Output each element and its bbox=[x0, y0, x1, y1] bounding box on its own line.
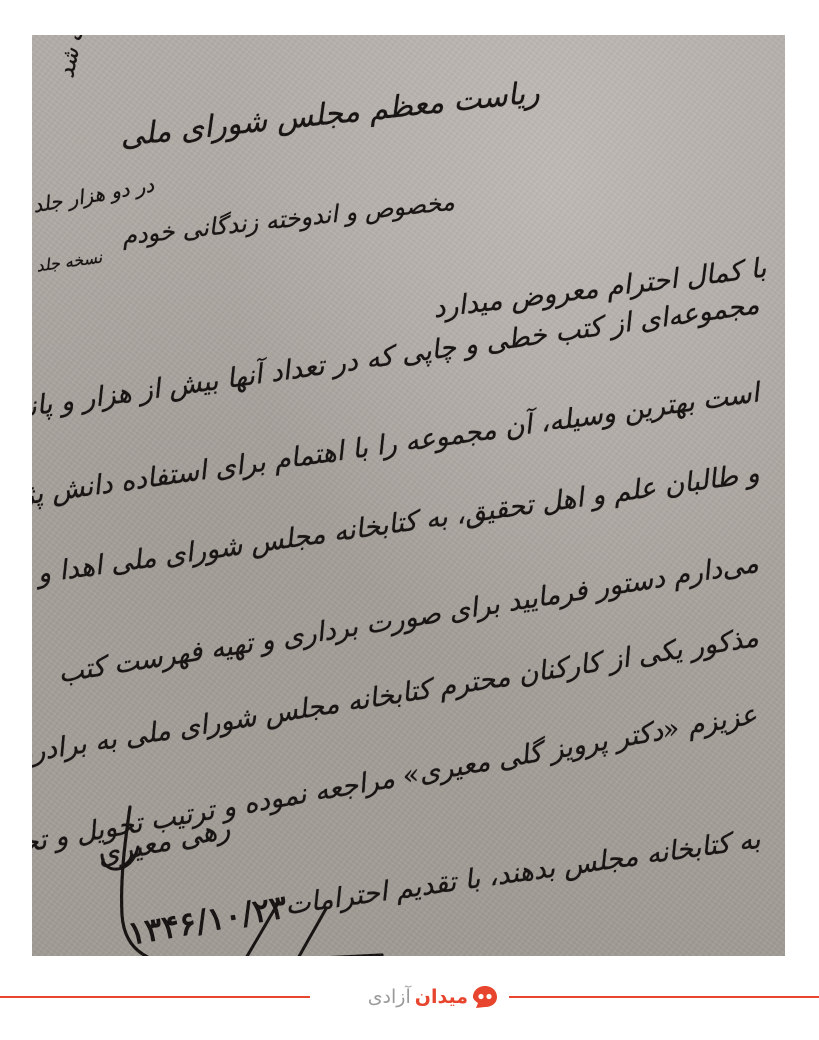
letter-date: ۱۳۴۶/۱۰/۲۳ bbox=[125, 887, 290, 952]
margin-note: نسخه جلد bbox=[35, 248, 103, 275]
brand-name-secondary: آزادی bbox=[368, 984, 411, 1010]
brand-name-primary: میدان bbox=[415, 984, 468, 1010]
chat-bubble-icon bbox=[472, 985, 498, 1009]
footer: میدان آزادی bbox=[0, 984, 819, 1010]
letter-subject: مخصوص و اندوخته زندگانی خودم bbox=[120, 188, 455, 251]
letter-photo: ریاست معظم مجلس شورای ملی ثبت شد مخصوص و… bbox=[32, 35, 785, 956]
letter-salutation: ریاست معظم مجلس شورای ملی bbox=[118, 75, 541, 154]
letter-subject-continued: در دو هزار جلد bbox=[32, 173, 156, 218]
letter-line: به کتابخانه مجلس بدهند، با تقدیم احتراما… bbox=[284, 824, 763, 921]
footer-divider-left bbox=[0, 996, 310, 998]
corner-note: ثبت شد bbox=[54, 35, 93, 80]
page: ریاست معظم مجلس شورای ملی ثبت شد مخصوص و… bbox=[0, 0, 819, 1040]
brand-logo[interactable]: میدان آزادی bbox=[322, 984, 498, 1010]
footer-divider-right bbox=[509, 996, 819, 998]
